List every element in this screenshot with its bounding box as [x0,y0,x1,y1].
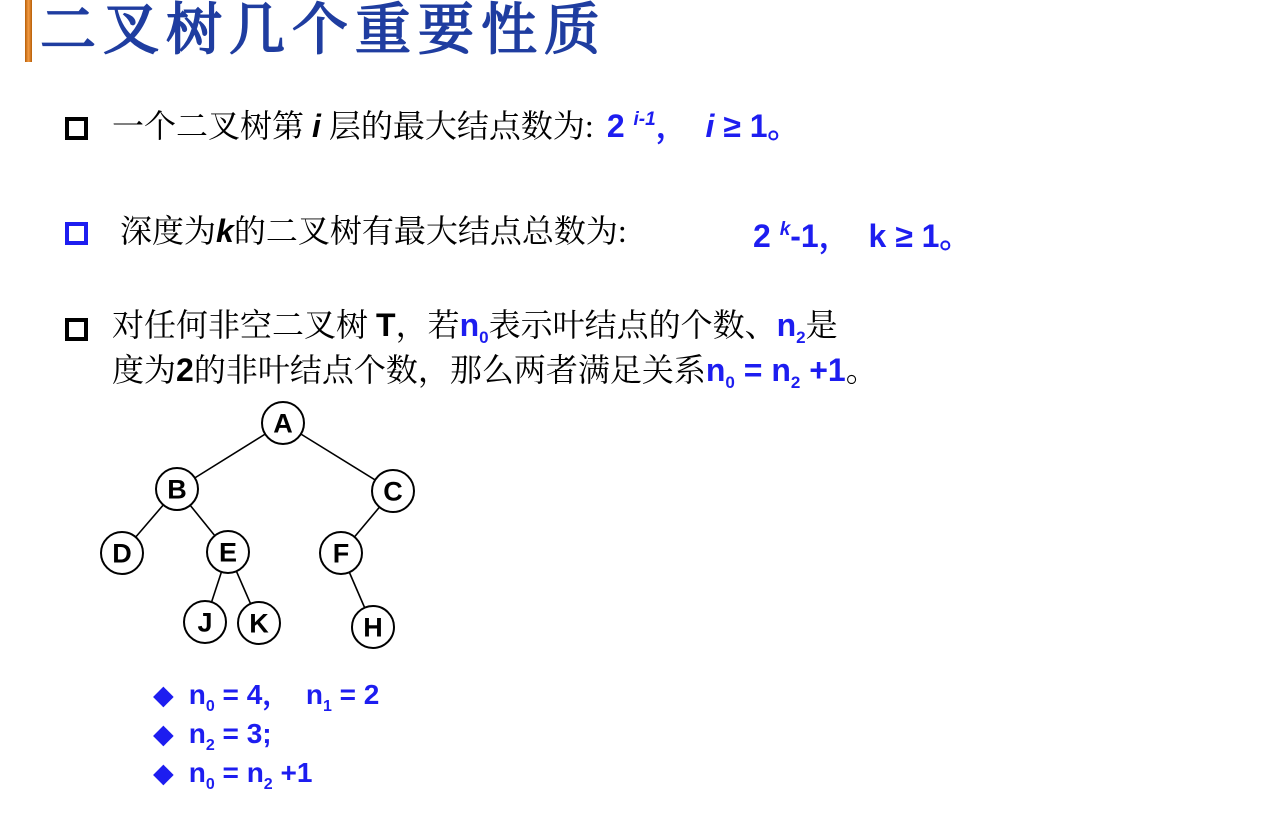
formula-after-sup: -1， [790,218,868,254]
n-symbol: n [706,352,726,388]
n-subscript: 2 [791,373,800,392]
n-subscript: 0 [725,373,734,392]
n-subscript: 2 [264,776,273,793]
n-symbol: n [460,307,480,343]
n-symbol: n [777,307,797,343]
formula-comma: ， [656,108,706,144]
n-subscript: 0 [479,328,488,347]
bullet-2-var-k: k [216,213,234,249]
square-bullet-icon-3 [65,318,88,341]
bullet-3-l2-a: 度为 [112,352,176,388]
plus-one: +1 [800,352,845,388]
note-2-text: n2 = 3; [189,717,272,756]
note-row-3: ◆n0 = n2 +1 [153,756,379,795]
n-symbol: n [189,718,206,749]
formula-var-k: k [869,218,887,254]
bullet-1-var-i: i [312,108,321,144]
note-text-end: = 2 [332,679,379,710]
square-bullet-icon-1 [65,117,88,140]
bullet-1-line: 一个二叉树第 i 层的最大结点数为: 2 i-1， i ≥ 1。 [112,103,800,155]
bullet-3-l1-b: ，若 [396,307,460,343]
bullet-3-l2-end: 。 [846,352,878,388]
bullet-3-n2: n2 [777,307,806,343]
note-row-2: ◆n2 = 3; [153,717,379,756]
tree-node-label-B: B [167,475,187,505]
equals-sign: = [735,352,771,388]
tree-node-label-F: F [333,539,350,569]
bullet-1-formula: 2 i-1， i ≥ 1。 [607,108,800,144]
tree-node-label-A: A [273,409,293,439]
tree-node-label-H: H [363,613,383,643]
formula-base: 2 [607,108,634,144]
binary-tree-diagram: ABCDEFJKH [90,395,430,657]
bullet-3-num-2: 2 [176,352,194,388]
bullet-3-l1-d: 是 [806,307,838,343]
tree-node-label-C: C [383,477,403,507]
bullet-2-text-a: 深度为 [112,213,216,249]
note-3-text: n0 = n2 +1 [189,756,313,795]
formula-rest: ≥ 1。 [886,218,971,254]
bullet-3-relation-formula: n0 = n2 +1 [706,352,846,388]
bullet-2-text-b: 的二叉树有最大结点总数为: [234,213,635,249]
notes-list: ◆n0 = 4， n1 = 2 ◆n2 = 3; ◆n0 = n2 +1 [153,668,379,795]
bullet-3-l1-c: 表示叶结点的个数、 [489,307,777,343]
n-subscript: 0 [206,776,215,793]
n-subscript: 0 [206,698,215,715]
note-text-mid: = 3; [215,718,272,749]
formula-superscript: k [780,219,791,240]
bullet-1-text-a: 一个二叉树第 [112,108,312,144]
bullet-3-l2-b: 的非叶结点个数，那么两者满足关系 [194,352,706,388]
square-bullet-icon-2 [65,222,88,245]
bullet-3-l1-a: 对任何非空二叉树 [112,307,376,343]
formula-rest: ≥ 1。 [714,108,799,144]
slide: 二叉树几个重要性质 一个二叉树第 i 层的最大结点数为: 2 i-1， i ≥ … [0,0,1287,813]
note-text-end: +1 [273,757,313,788]
n-subscript: 2 [796,328,805,347]
bullet-2-formula: 2 k-1， k ≥ 1。 [753,213,971,265]
diamond-bullet-icon: ◆ [153,756,174,790]
note-text-mid: = 4， n [215,679,323,710]
bullet-2-line: 深度为k的二叉树有最大结点总数为: [112,208,635,254]
bullet-3-var-T: T [376,307,396,343]
n-symbol: n [189,757,206,788]
formula-superscript: i-1 [634,109,656,130]
note-row-1: ◆n0 = 4， n1 = 2 [153,678,379,717]
tree-node-label-J: J [197,608,212,638]
formula-base: 2 [753,218,780,254]
title-accent-bar [25,0,32,62]
bullet-1-text-b: 层的最大结点数为: [321,108,602,144]
n-symbol: n [771,352,791,388]
n-symbol: n [189,679,206,710]
tree-node-label-E: E [219,538,237,568]
note-text-mid: = n [215,757,264,788]
diamond-bullet-icon: ◆ [153,717,174,751]
diamond-bullet-icon: ◆ [153,678,174,712]
bullet-3-n0: n0 [460,307,489,343]
page-title: 二叉树几个重要性质 [40,0,607,62]
tree-node-label-K: K [249,609,269,639]
note-1-text: n0 = 4， n1 = 2 [189,678,380,717]
n-subscript: 2 [206,737,215,754]
bullet-3-line-2: 度为2的非叶结点个数，那么两者满足关系n0 = n2 +1。 [112,348,878,398]
n-subscript: 1 [323,698,332,715]
bullet-3-line-1: 对任何非空二叉树 T，若n0表示叶结点的个数、n2是 [112,303,838,353]
tree-node-label-D: D [112,539,132,569]
